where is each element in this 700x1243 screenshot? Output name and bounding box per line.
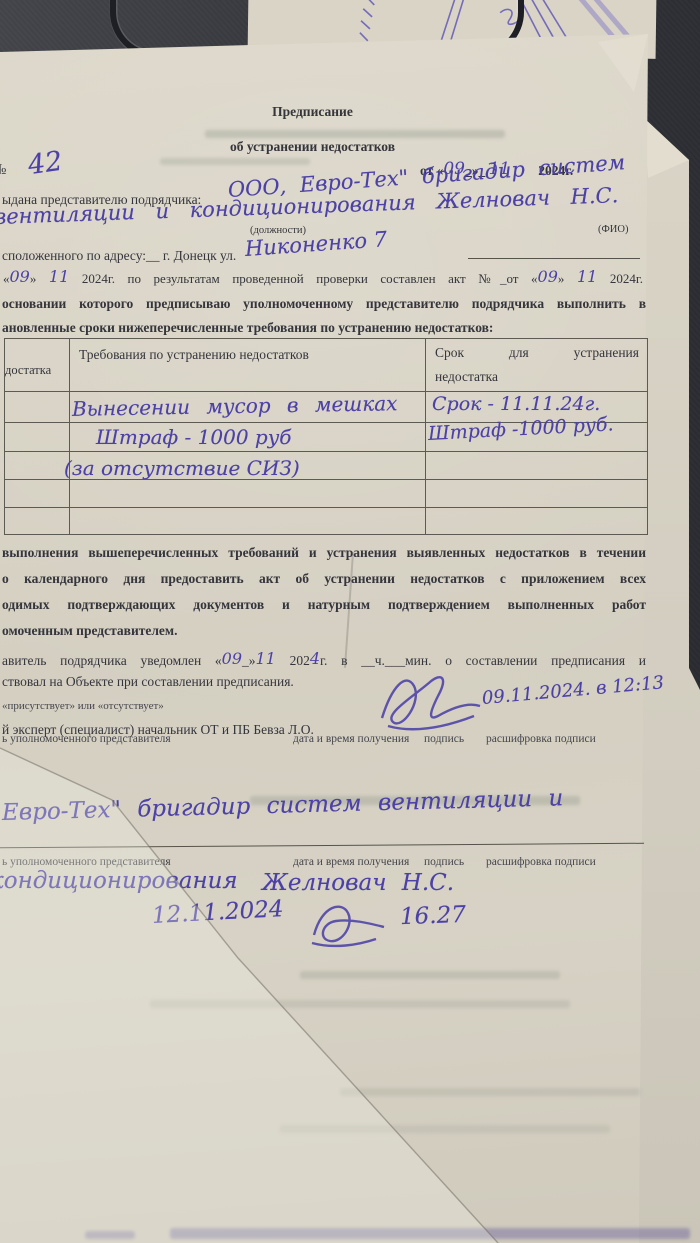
notify-p3: 202 [290,653,310,668]
act-q2: » [30,271,37,286]
caption-signature-name-2: расшифровка подписи [486,856,596,868]
show-through-text [340,1088,640,1096]
act-day1-handwritten: 09 [10,267,30,286]
document-number-handwritten: 42 [26,146,64,181]
intro-line-1: основании которого предписываю уполномоч… [2,296,646,312]
obligation-line-3: одимых подтверждающих документов и натур… [2,597,646,613]
act-mid: 2024г. по результатам проведенной провер… [82,271,538,286]
caption-representative: ь уполномоченного представителя [2,733,171,745]
show-through-text [205,130,505,138]
act-day2-handwritten: 09 [538,267,558,286]
caption-signature-name: расшифровка подписи [486,733,596,745]
notify-p2: _» [242,653,256,668]
notify-line-1: авитель подрядчика уведомлен «09_»11 202… [2,650,646,669]
caption-signature: подпись [424,733,464,745]
table-divider [425,339,426,534]
obligation-line-2: о календарного дня предоставить акт об у… [2,571,646,587]
act-q1: « [3,271,10,286]
blank-line [468,258,640,259]
notify-p1: авитель подрядчика уведомлен « [2,653,222,668]
notify-day-handwritten: 09 [222,649,242,668]
number-sign: № [0,162,6,179]
show-through-text [300,971,560,979]
document-subtitle: об устранении недостатков [0,139,625,155]
requirement-handwritten-3: (за отсутствие СИЗ) [64,456,300,480]
table-line [5,507,647,508]
requirement-handwritten-2: Штраф - 1000 руб [96,425,292,449]
receiver-handwritten-2b: Желновач Н.С. [262,870,454,896]
intro-line-2: ановленные сроки нижеперечисленные требо… [2,320,646,336]
table-col3-header-2: недостатка [435,369,498,385]
table-col3-header-1: Срок для устранения [435,345,639,361]
notify-line-2: ствовал на Объекте при составлении предп… [2,674,294,690]
obligation-line-4: омоченным представителем. [2,623,646,639]
act-q3: » [558,271,565,286]
caption-signature-2: подпись [424,856,464,868]
act-year: 2024г. [610,271,643,286]
obligation-line-1: выполнения вышеперечисленных требований … [2,545,646,561]
table-divider [69,339,70,534]
table-line [5,451,647,452]
act-month2-handwritten: 11 [577,267,597,286]
act-line: «09» 11 2024г. по результатам проведенно… [3,268,643,287]
caption-datetime: дата и время получения [293,733,409,745]
term-handwritten-1: Срок - 11.11.24г. [432,393,600,415]
notify-month-handwritten: 11 [256,649,276,668]
notify-p4: г. в __ч.___мин. о составлении предписан… [320,653,646,668]
footnote: «присутствует» или «отсутствует» [2,700,164,712]
caption-datetime-2: дата и время получения [293,856,409,868]
table-col1-header: достатка [5,363,51,378]
receiver-time-handwritten: 16.27 [400,902,467,930]
notify-year-digit-handwritten: 4 [310,649,320,668]
document-title: Предписание [0,104,625,120]
show-through-text [160,158,310,165]
photo-of-document: Предписание об устранении недостатков № … [0,0,700,1243]
address-printed: сположенного по адресу:__ г. Донецк ул. [2,248,236,264]
act-month1-handwritten: 11 [49,267,69,286]
table-col2-header: Требования по устранению недостатков [79,347,309,363]
caption-fio: (ФИО) [598,224,628,235]
